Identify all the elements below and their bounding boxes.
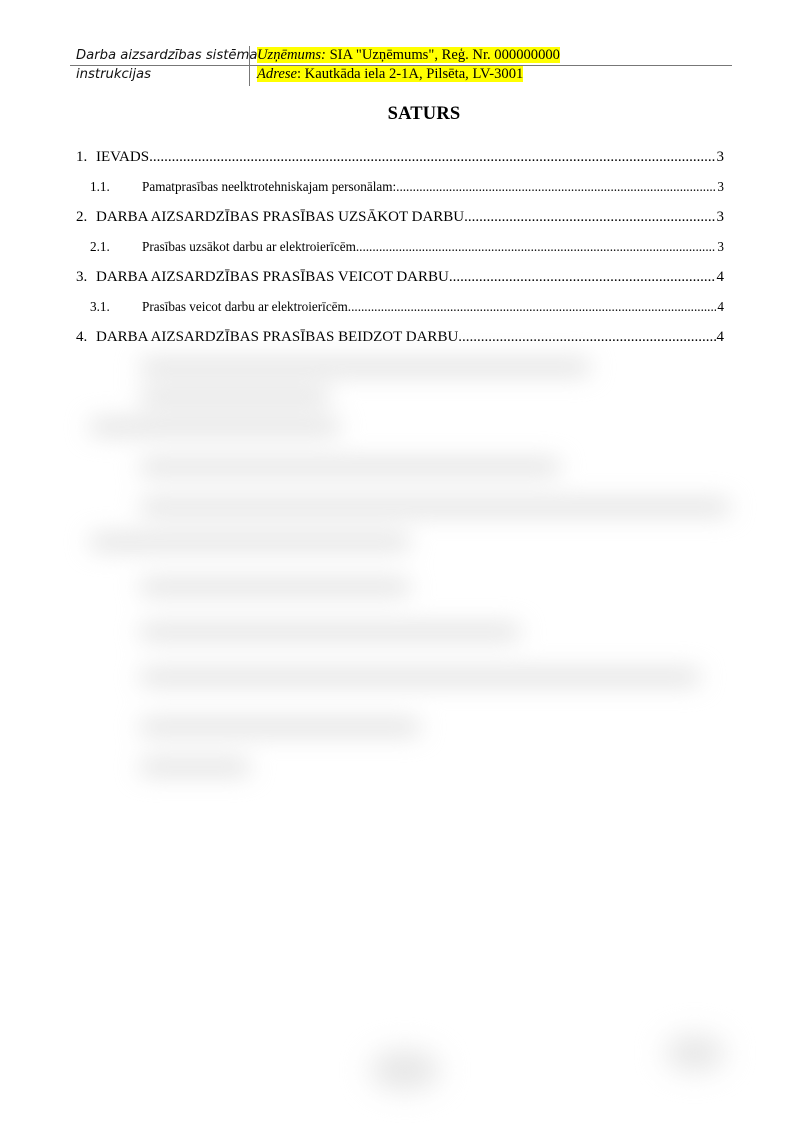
toc-entry-page: 4 <box>716 299 724 315</box>
blurred-text-line <box>140 460 560 474</box>
blurred-text-line <box>140 500 730 514</box>
blurred-text-line <box>140 360 590 374</box>
header-left-line-2: instrukcijas <box>76 65 246 84</box>
blurred-text-line <box>90 420 340 434</box>
blurred-content-preview <box>70 340 740 800</box>
blurred-footer-mark <box>665 1035 725 1071</box>
address-value: : Kautkāda iela 2-1A, Pilsēta, LV-3001 <box>297 66 523 82</box>
toc-leader-dots <box>348 299 717 315</box>
header-company-line: Uzņēmums: SIA "Uzņēmums", Reģ. Nr. 00000… <box>257 46 560 65</box>
table-of-contents: 1. IEVADS 3 1.1. Pamatprasības neelktrot… <box>76 146 724 356</box>
header-company-info: Uzņēmums: SIA "Uzņēmums", Reģ. Nr. 00000… <box>257 46 560 84</box>
toc-entry[interactable]: 1. IEVADS 3 <box>76 146 724 176</box>
toc-entry-label[interactable]: Prasības veicot darbu ar elektroierīcēm <box>142 299 348 315</box>
company-label: Uzņēmums: <box>257 47 326 63</box>
toc-entry[interactable]: 1.1. Pamatprasības neelktrotehniskajam p… <box>76 176 724 206</box>
blurred-text-line <box>140 580 410 594</box>
toc-entry[interactable]: 3.1. Prasības veicot darbu ar elektroier… <box>76 296 724 326</box>
page-header: Darba aizsardzības sistēma instrukcijas … <box>70 46 732 86</box>
toc-entry-number: 1. <box>76 149 96 166</box>
toc-entry-number: 3. <box>76 269 96 286</box>
header-left-line-1: Darba aizsardzības sistēma <box>76 46 246 65</box>
header-address-line: Adrese: Kautkāda iela 2-1A, Pilsēta, LV-… <box>257 65 560 84</box>
toc-entry[interactable]: 2. DARBA AIZSARDZĪBAS PRASĪBAS UZSĀKOT D… <box>76 206 724 236</box>
blurred-text-line <box>140 760 250 774</box>
blurred-text-line <box>140 625 520 639</box>
toc-entry-label[interactable]: DARBA AIZSARDZĪBAS PRASĪBAS UZSĀKOT DARB… <box>96 209 464 226</box>
blurred-footer-mark <box>370 1050 440 1090</box>
toc-entry-label[interactable]: DARBA AIZSARDZĪBAS PRASĪBAS VEICOT DARBU <box>96 269 449 286</box>
toc-title: SATURS <box>0 104 800 125</box>
toc-entry-page: 3 <box>716 209 725 226</box>
toc-entry-number: 2.1. <box>90 239 142 255</box>
toc-leader-dots <box>356 239 717 255</box>
header-vertical-divider <box>249 46 250 86</box>
blurred-text-line <box>140 670 700 684</box>
blurred-text-line <box>140 720 420 734</box>
toc-entry-label[interactable]: Prasības uzsākot darbu ar elektroierīcēm <box>142 239 356 255</box>
blurred-text-line <box>140 390 330 404</box>
toc-entry[interactable]: 3. DARBA AIZSARDZĪBAS PRASĪBAS VEICOT DA… <box>76 266 724 296</box>
toc-entry-page: 3 <box>716 179 724 195</box>
toc-entry-page: 3 <box>716 149 725 166</box>
toc-entry-label[interactable]: IEVADS <box>96 149 149 166</box>
toc-leader-dots <box>149 149 715 166</box>
blurred-text-line <box>90 535 410 549</box>
toc-leader-dots <box>464 209 715 226</box>
company-value: SIA "Uzņēmums", Reģ. Nr. 000000000 <box>326 47 560 63</box>
toc-entry-page: 3 <box>716 239 724 255</box>
toc-entry-number: 2. <box>76 209 96 226</box>
toc-leader-dots <box>396 179 716 195</box>
toc-entry-label[interactable]: Pamatprasības neelktrotehniskajam person… <box>142 179 396 195</box>
toc-entry-number: 3.1. <box>90 299 142 315</box>
address-label: Adrese <box>257 66 297 82</box>
toc-entry[interactable]: 2.1. Prasības uzsākot darbu ar elektroie… <box>76 236 724 266</box>
toc-entry-number: 1.1. <box>90 179 142 195</box>
toc-entry-page: 4 <box>716 269 725 286</box>
toc-leader-dots <box>449 269 716 286</box>
